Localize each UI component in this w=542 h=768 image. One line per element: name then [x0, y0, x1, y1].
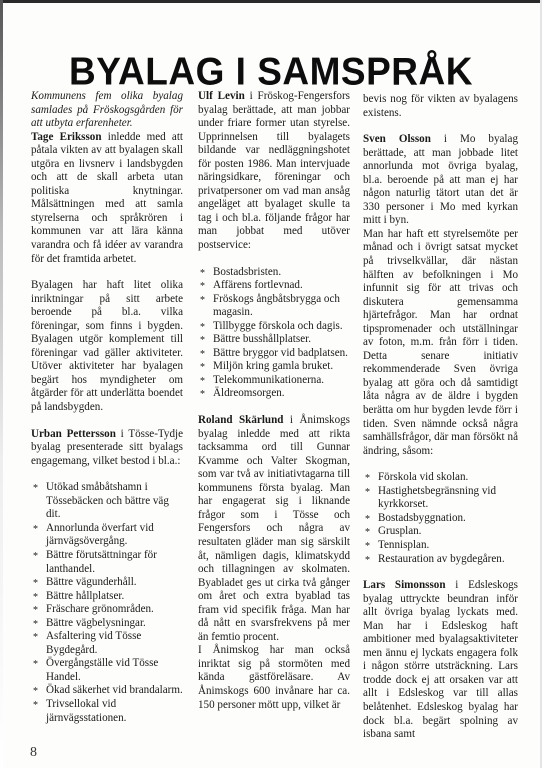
paragraph-animskog: I Ånimskog har man också inriktat sig på…: [198, 644, 350, 712]
column-2: Ulf Levin i Fröskog-Fengersfors byalag b…: [198, 90, 350, 712]
paragraph-text: i Fröskog-Fengersfors byalag berättade, …: [198, 90, 350, 251]
list-item: Restauration av bygdegåren.: [363, 553, 518, 567]
list-item: Hastighetsbegränsning vid kyrkkorset.: [363, 485, 518, 512]
list-item: Tillbygge förskola och dagis.: [198, 320, 350, 334]
list-item: Grusplan.: [363, 525, 518, 539]
list-item: Förskola vid skolan.: [363, 471, 518, 485]
paragraph-urban-pettersson: Urban Pettersson i Tösse-Tydje byalag pr…: [31, 428, 183, 469]
scan-left-edge: [0, 0, 3, 768]
list-item: Fräschare grönområden.: [31, 603, 183, 617]
speaker-name: Roland Skärlund: [198, 414, 283, 426]
speaker-name: Ulf Levin: [198, 90, 245, 102]
list-item: Tennisplan.: [363, 539, 518, 553]
speaker-name: Urban Pettersson: [31, 428, 116, 440]
page-number: 8: [30, 745, 37, 761]
speaker-name: Sven Olsson: [363, 133, 431, 145]
paragraph-continuation: bevis nog för vikten av byalagens existe…: [363, 93, 518, 120]
list-item: Asfaltering vid Tösse Bygdegård.: [31, 630, 183, 657]
column-3: bevis nog för vikten av byalagens existe…: [363, 93, 518, 742]
list-item: Ökad säkerhet vid brandalarm.: [31, 684, 183, 698]
paragraph-text: i Ånimskogs byalag inledde med att rikta…: [198, 414, 350, 643]
paragraph-roland-skarlund: Roland Skärlund i Ånimskogs byalag inled…: [198, 414, 350, 644]
paragraph-ulf-levin: Ulf Levin i Fröskog-Fengersfors byalag b…: [198, 90, 350, 253]
list-item: Bostadsbyggnation.: [363, 512, 518, 526]
list-item: Äldreomsorgen.: [198, 387, 350, 401]
paragraph-text: i Mo byalag berättade, att man jobbade l…: [363, 133, 518, 226]
bullet-list: Förskola vid skolan. Hastighetsbegränsni…: [363, 471, 518, 566]
list-item: Telekommunikationerna.: [198, 374, 350, 388]
list-item: Trivsellokal vid järnvägsstationen.: [31, 698, 183, 725]
list-item: Bättre vägbelysningar.: [31, 617, 183, 631]
list-item: Bättre vägunderhåll.: [31, 576, 183, 590]
list-item: Bostadsbristen.: [198, 266, 350, 280]
list-item: Fröskogs ångbåtsbrygga och magasin.: [198, 293, 350, 320]
scan-top-edge: [0, 0, 542, 3]
lead-paragraph: Kommunens fem olika byalag samlades på F…: [31, 90, 183, 131]
bullet-list: Bostadsbristen. Affärens fortlevnad. Frö…: [198, 266, 350, 401]
list-item: Bättre bryggor vid badplatsen.: [198, 347, 350, 361]
list-item: Utökad småbåtshamn i Tössebäcken och bät…: [31, 481, 183, 522]
page-title: BYALAG I SAMSPRÅK: [0, 50, 542, 94]
paragraph-sven-olsson: Sven Olsson i Mo byalag berättade, att m…: [363, 133, 518, 228]
paragraph-byalagen: Byalagen har haft litet olika inriktning…: [31, 279, 183, 414]
paragraph-mo-activities: Man har haft ett styrelsemöte per månad …: [363, 228, 518, 458]
paragraph-tage-eriksson: Tage Eriksson inledde med att påtala vik…: [31, 131, 183, 266]
speaker-name: Tage Eriksson: [31, 131, 102, 143]
list-item: Övergångställe vid Tösse Handel.: [31, 657, 183, 684]
paragraph-text: i Edsleskogs byalag uttryckte beundran i…: [363, 579, 518, 740]
list-item: Miljön kring gamla bruket.: [198, 360, 350, 374]
list-item: Annorlunda överfart vid järnvägsövergång…: [31, 522, 183, 549]
paragraph-text: inledde med att påtala vikten av att bya…: [31, 131, 183, 265]
paragraph-lars-simonsson: Lars Simonsson i Edsleskogs byalag uttry…: [363, 579, 518, 742]
list-item: Bättre busshållplatser.: [198, 333, 350, 347]
column-1: Kommunens fem olika byalag samlades på F…: [31, 90, 183, 725]
list-item: Bättre förutsättningar för lanthandel.: [31, 549, 183, 576]
speaker-name: Lars Simonsson: [363, 579, 446, 591]
list-item: Bättre hållplatser.: [31, 590, 183, 604]
list-item: Affärens fortlevnad.: [198, 279, 350, 293]
bullet-list: Utökad småbåtshamn i Tössebäcken och bät…: [31, 481, 183, 725]
